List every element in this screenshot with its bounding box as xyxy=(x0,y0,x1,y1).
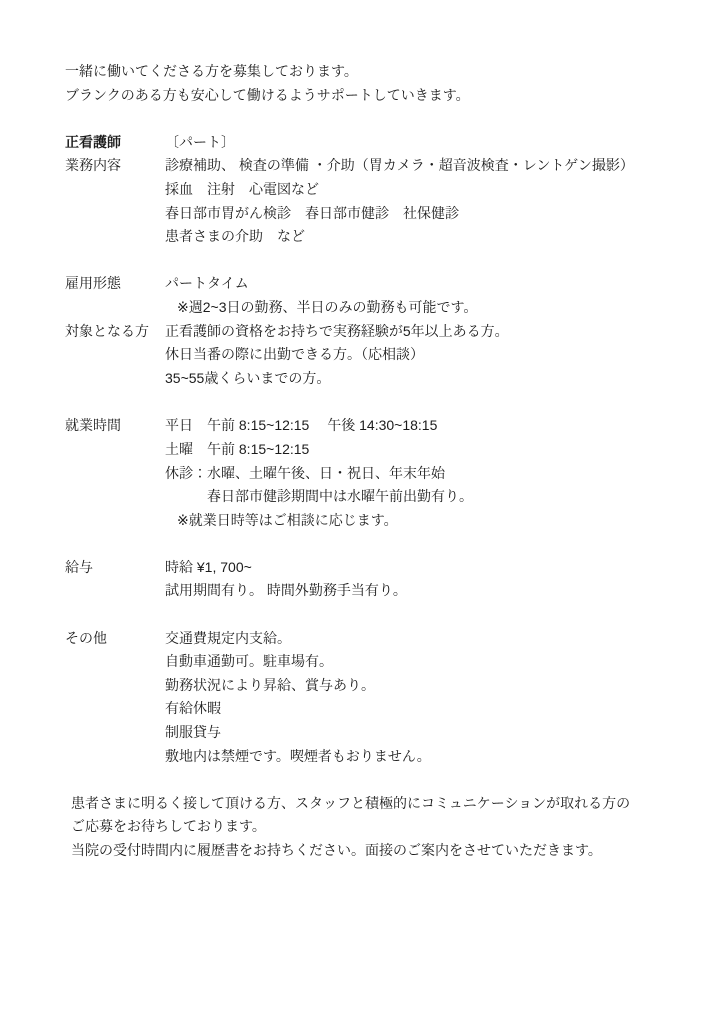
section-other-value: 交通費規定内支給。 自動車通勤可。駐車場有。 勤務状況により昇給、賞与あり。 有… xyxy=(165,627,684,769)
document-page: 一緒に働いてくださる方を募集しております。 ブランクのある方も安心して働けるよう… xyxy=(0,0,724,1024)
job-title-row: 正看護師 〔パート〕 xyxy=(65,131,684,155)
section-duties: 業務内容 診療補助、 検査の準備 ・介助（胃カメラ・超音波検査・レントゲン撮影）… xyxy=(65,154,684,248)
section-other: その他 交通費規定内支給。 自動車通勤可。駐車場有。 勤務状況により昇給、賞与あ… xyxy=(65,627,684,769)
other-line-3: 勤務状況により昇給、賞与あり。 xyxy=(165,674,684,698)
section-duties-label: 業務内容 xyxy=(65,154,165,178)
intro-line-1: 一緒に働いてくださる方を募集しております。 xyxy=(65,60,684,84)
section-employment-label: 雇用形態 xyxy=(65,272,165,296)
job-employment-type: 〔パート〕 xyxy=(165,131,684,155)
section-employment-value: パートタイム ※週2~3日の勤務、半日のみの勤務も可能です。 xyxy=(165,272,684,319)
section-salary-label: 給与 xyxy=(65,556,165,580)
section-salary: 給与 時給 ¥1, 700~ 試用期間有り。 時間外勤務手当有り。 xyxy=(65,556,684,603)
employment-line-2: ※週2~3日の勤務、半日のみの勤務も可能です。 xyxy=(165,296,684,320)
target-line-3: 35~55歳くらいまでの方。 xyxy=(165,367,684,391)
section-hours-value: 平日 午前 8:15~12:15 午後 14:30~18:15 土曜 午前 8:… xyxy=(165,414,684,532)
section-employment: 雇用形態 パートタイム ※週2~3日の勤務、半日のみの勤務も可能です。 xyxy=(65,272,684,319)
section-target: 対象となる方 正看護師の資格をお持ちで実務経験が5年以上ある方。 休日当番の際に… xyxy=(65,320,684,391)
target-line-2: 休日当番の際に出勤できる方。（応相談） xyxy=(165,343,684,367)
other-line-1: 交通費規定内支給。 xyxy=(165,627,684,651)
hours-line-2: 土曜 午前 8:15~12:15 xyxy=(165,438,684,462)
hours-line-3: 休診：水曜、土曜午後、日・祝日、年末年始 xyxy=(165,462,684,486)
document-content: 一緒に働いてくださる方を募集しております。 ブランクのある方も安心して働けるよう… xyxy=(0,0,724,863)
hours-line-5: ※就業日時等はご相談に応じます。 xyxy=(165,509,684,533)
other-line-2: 自動車通勤可。駐車場有。 xyxy=(165,650,684,674)
section-hours: 就業時間 平日 午前 8:15~12:15 午後 14:30~18:15 土曜 … xyxy=(65,414,684,532)
duties-line-4: 患者さまの介助 など xyxy=(165,225,684,249)
section-target-label: 対象となる方 xyxy=(65,320,165,344)
duties-line-2: 採血 注射 心電図など xyxy=(165,178,684,202)
section-duties-value: 診療補助、 検査の準備 ・介助（胃カメラ・超音波検査・レントゲン撮影） 採血 注… xyxy=(165,154,684,248)
section-hours-label: 就業時間 xyxy=(65,414,165,438)
hours-line-1: 平日 午前 8:15~12:15 午後 14:30~18:15 xyxy=(165,414,684,438)
duties-line-1: 診療補助、 検査の準備 ・介助（胃カメラ・超音波検査・レントゲン撮影） xyxy=(165,154,684,178)
employment-line-1: パートタイム xyxy=(165,272,684,296)
target-line-1: 正看護師の資格をお持ちで実務経験が5年以上ある方。 xyxy=(165,320,684,344)
duties-line-3: 春日部市胃がん検診 春日部市健診 社保健診 xyxy=(165,202,684,226)
intro-line-2: ブランクのある方も安心して働けるようサポートしていきます。 xyxy=(65,84,684,108)
hours-line-4: 春日部市健診期間中は水曜午前出勤有り。 xyxy=(165,485,684,509)
salary-line-1: 時給 ¥1, 700~ xyxy=(165,556,684,580)
other-line-5: 制服貸与 xyxy=(165,721,684,745)
section-target-value: 正看護師の資格をお持ちで実務経験が5年以上ある方。 休日当番の際に出勤できる方。… xyxy=(165,320,684,391)
other-line-4: 有給休暇 xyxy=(165,697,684,721)
closing-line-3: 当院の受付時間内に履歴書をお持ちください。面接のご案内をさせていただきます。 xyxy=(71,839,684,863)
closing-paragraph: 患者さまに明るく接して頂ける方、スタッフと積極的にコミュニケーションが取れる方の… xyxy=(65,792,684,863)
section-salary-value: 時給 ¥1, 700~ 試用期間有り。 時間外勤務手当有り。 xyxy=(165,556,684,603)
section-other-label: その他 xyxy=(65,627,165,651)
closing-line-1: 患者さまに明るく接して頂ける方、スタッフと積極的にコミュニケーションが取れる方の xyxy=(71,792,684,816)
job-title: 正看護師 xyxy=(65,131,165,155)
salary-line-2: 試用期間有り。 時間外勤務手当有り。 xyxy=(165,579,684,603)
closing-line-2: ご応募をお待ちしております。 xyxy=(71,815,684,839)
other-line-6: 敷地内は禁煙です。喫煙者もおりません。 xyxy=(165,745,684,769)
